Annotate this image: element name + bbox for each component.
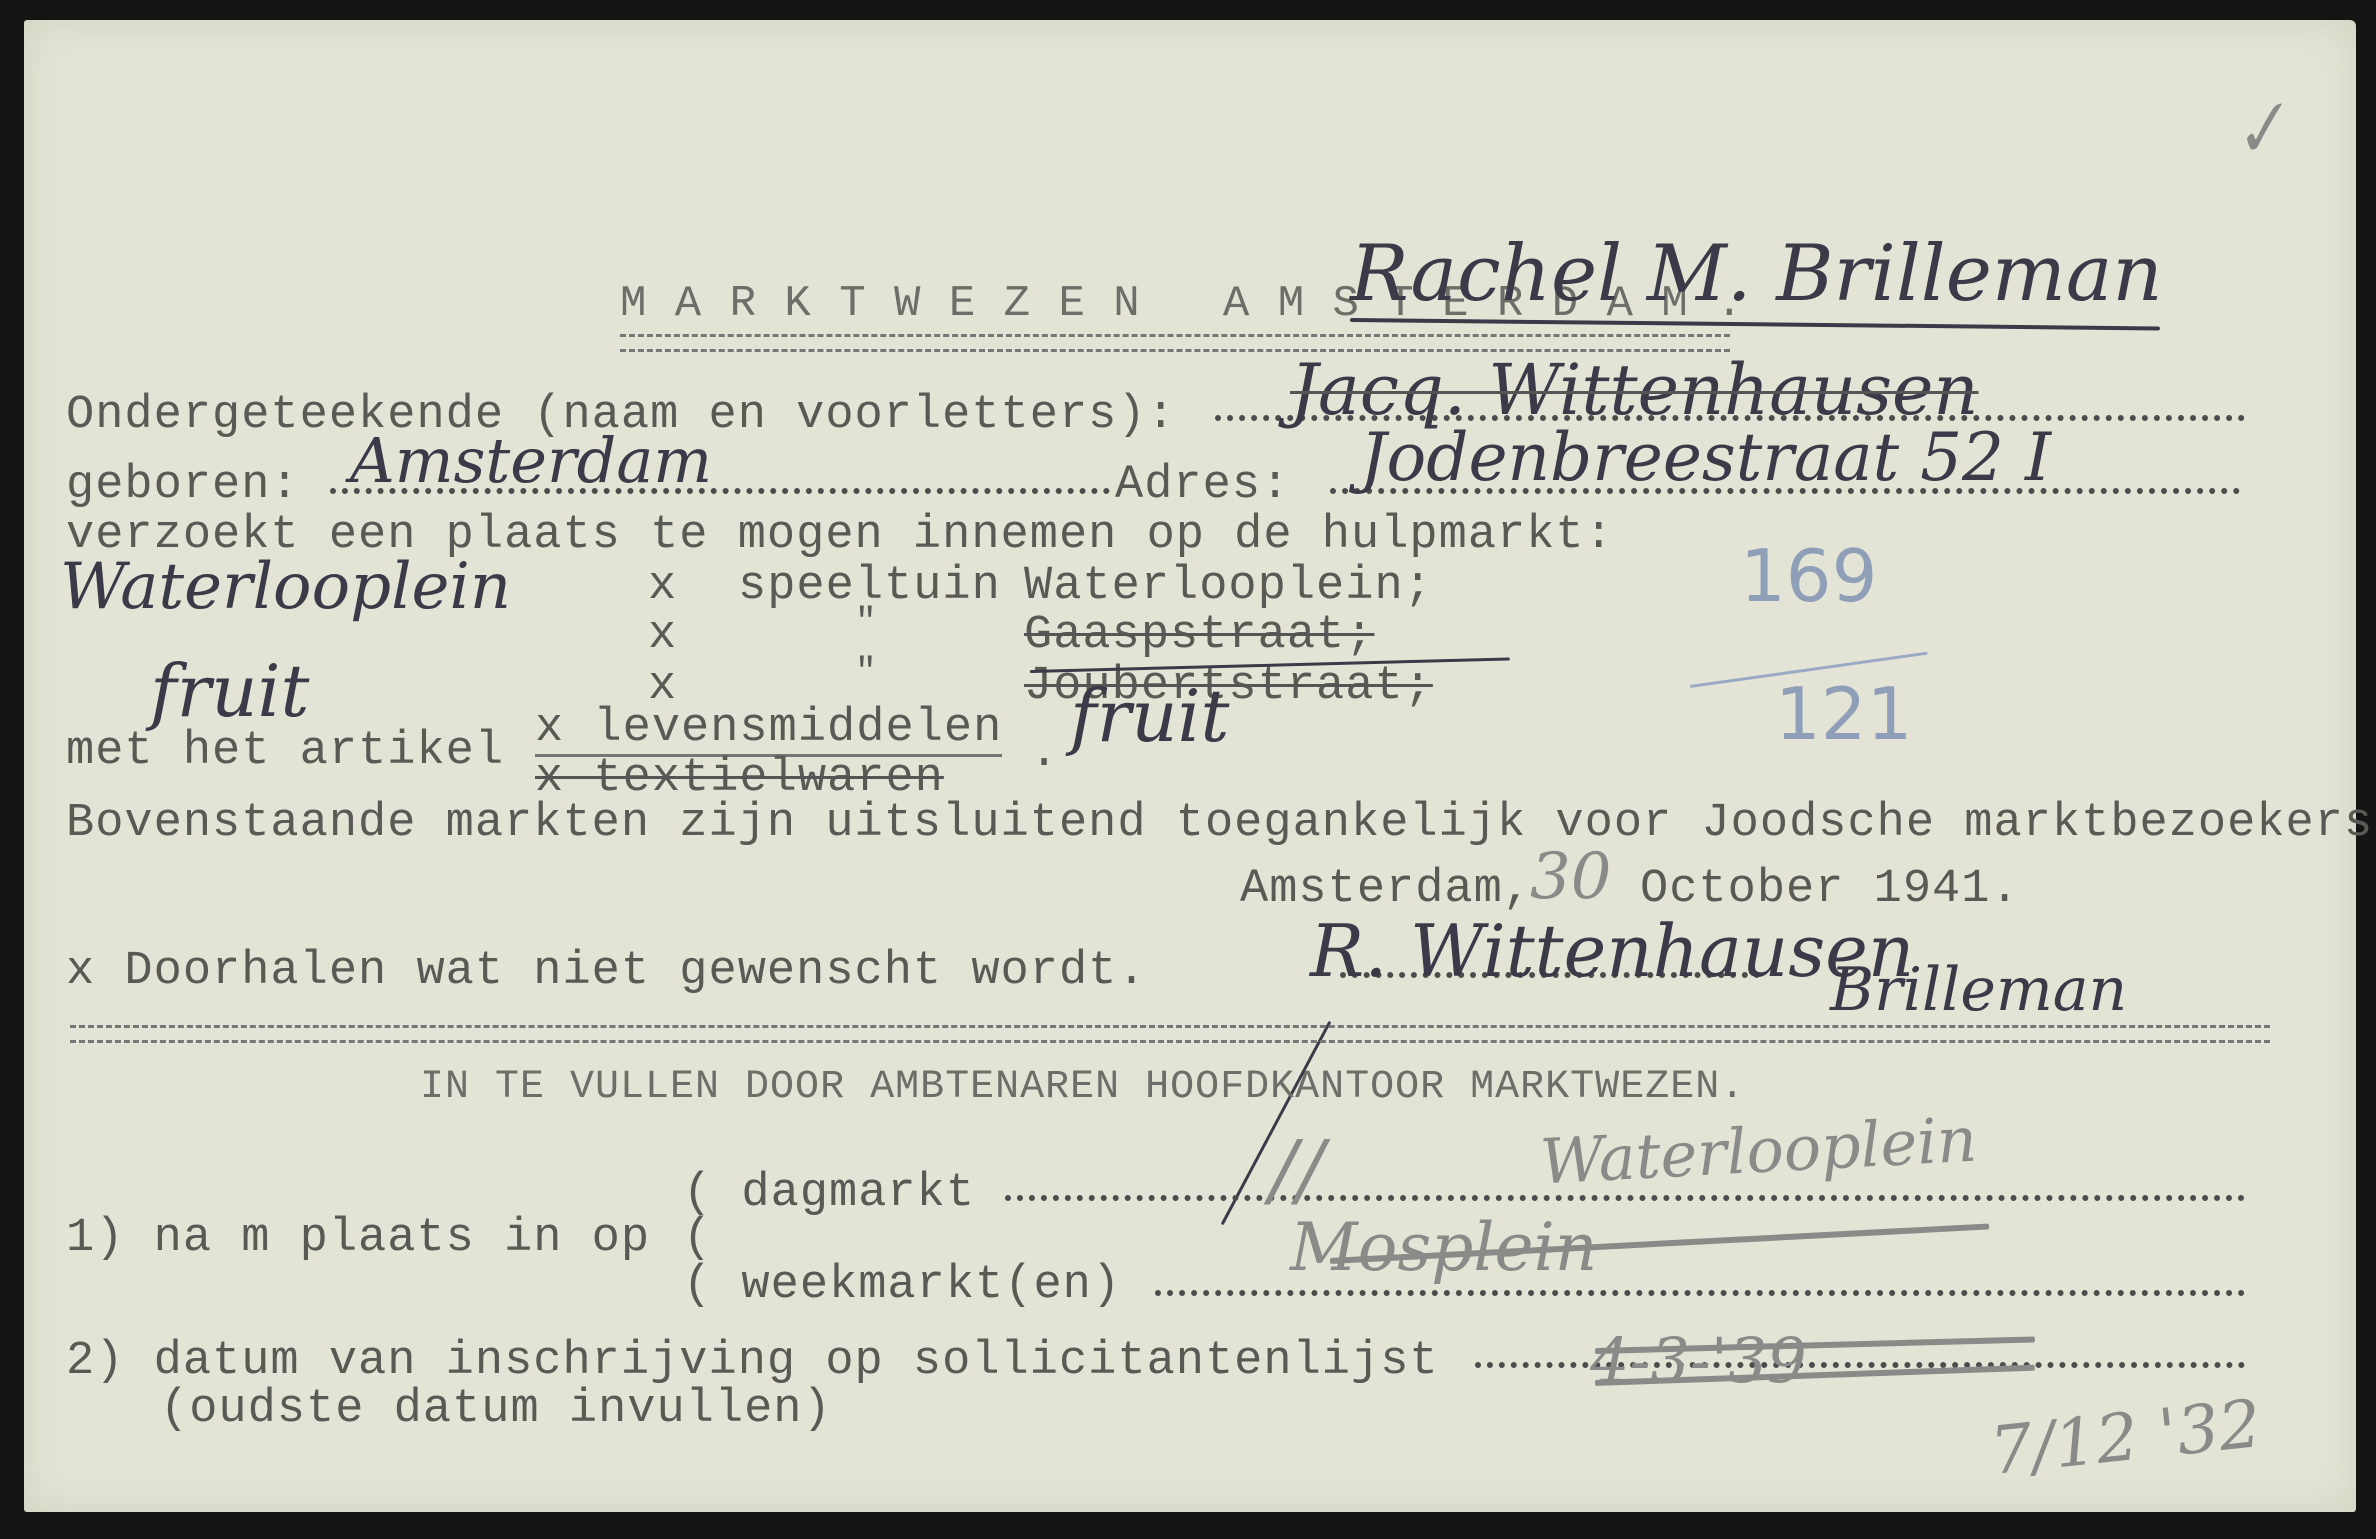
item1-label: 1) na m plaats in op — [66, 1215, 650, 1262]
dagmarkt-dotted-line — [1005, 1195, 2245, 1201]
dagmarkt-label: ( dagmarkt — [683, 1170, 975, 1217]
market-name-waterlooplein: Waterlooplein; — [1024, 563, 1433, 610]
article-handwritten-left: fruit — [150, 655, 309, 727]
official-header: IN TE VULLEN DOOR AMBTENAREN HOOFDKANTOO… — [420, 1068, 1745, 1108]
place-date-prefix: Amsterdam, — [1240, 866, 1532, 913]
article-label: met het artikel — [66, 728, 504, 775]
market-handwritten: Waterlooplein — [60, 555, 511, 619]
weekmarkt-dotted-line — [1155, 1290, 2245, 1296]
notice-text: Bovenstaande markten zijn uitsluitend to… — [66, 800, 2376, 847]
brace-middle: ( — [683, 1215, 712, 1262]
ditto-mark: " — [855, 605, 878, 641]
undersigned-value-struck: Jacq. Wittenhausen — [1290, 355, 1979, 425]
applicant-name-handwritten: Rachel M. Brilleman — [1350, 235, 2163, 313]
weekmarkt-label: ( weekmarkt(en) — [683, 1262, 1121, 1309]
fraction-top: 169 — [1740, 540, 1877, 612]
market-mark: x — [648, 612, 677, 659]
market-name-gaaspstraat: Gaaspstraat; — [1024, 612, 1374, 659]
footnote: x Doorhalen wat niet gewenscht wordt. — [66, 948, 1147, 995]
fraction-bottom: 121 — [1775, 678, 1912, 750]
address-label: Adres: — [1115, 462, 1290, 509]
signature-brilleman: Brilleman — [1830, 960, 2127, 1020]
article-option-levensmiddelen: x levensmiddelen — [535, 705, 1002, 757]
market-mark: x — [648, 563, 677, 610]
place-date-day: 30 — [1530, 845, 1611, 909]
article-period: . — [1030, 730, 1059, 777]
place-date-suffix: October 1941. — [1640, 866, 2020, 913]
item2-label: 2) datum van inschrijving op sollicitant… — [66, 1338, 1439, 1385]
address-value: Jodenbreestraat 52 I — [1360, 425, 2051, 491]
article-option-textielwaren: x textielwaren — [535, 755, 944, 802]
signature-wittenhausen: R. Wittenhausen — [1310, 915, 1914, 987]
section-separator — [70, 1025, 2270, 1043]
article-handwritten-right: fruit — [1070, 680, 1229, 752]
born-value: Amsterdam — [350, 430, 712, 492]
born-label: geboren: — [66, 462, 300, 509]
ditto-mark: " — [855, 655, 878, 691]
dagmarkt-mark: // — [1270, 1130, 1324, 1210]
item2-sub: (oudste datum invullen) — [160, 1386, 832, 1433]
